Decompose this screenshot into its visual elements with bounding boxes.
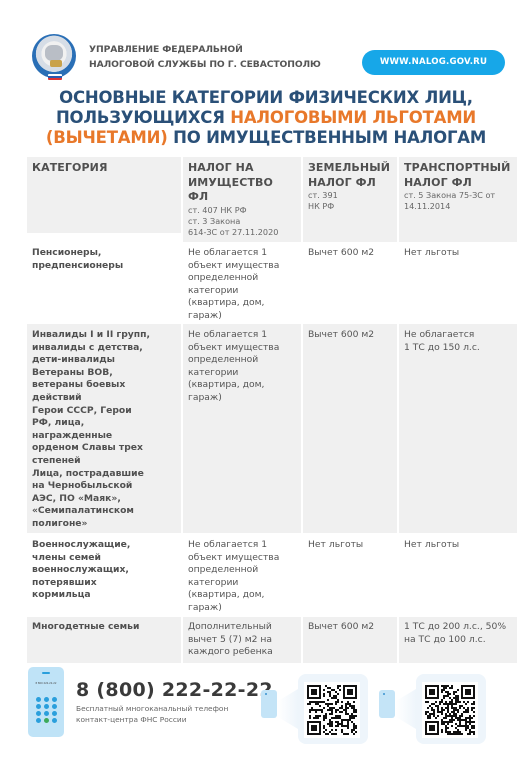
header-category: КАТЕГОРИЯ (27, 157, 181, 233)
qr-code-icon[interactable] (304, 682, 360, 738)
page-title: ОСНОВНЫЕ КАТЕГОРИИ ФИЗИЧЕСКИХ ЛИЦ, ПОЛЬЗ… (0, 88, 532, 148)
org-line-1: УПРАВЛЕНИЕ ФЕДЕРАЛЬНОЙ (89, 42, 321, 57)
title-line-2-plain: ПОЛЬЗУЮЩИХСЯ (56, 108, 230, 127)
header: УПРАВЛЕНИЕ ФЕДЕРАЛЬНОЙ НАЛОГОВОЙ СЛУЖБЫ … (0, 0, 532, 90)
table-row: Пенсионеры,предпенсионерыНе облагается 1… (27, 242, 517, 324)
cell-transport-tax: Нет льготы (399, 242, 517, 324)
header-land-tax: ЗЕМЕЛЬНЫЙ НАЛОГ ФЛ ст. 391 НК РФ (303, 157, 397, 242)
qr-card-2 (416, 674, 486, 744)
table-row: Инвалиды I и II групп,инвалиды с детства… (27, 324, 517, 533)
title-line-2-accent: НАЛОГОВЫМИ ЛЬГОТАМИ (230, 108, 476, 127)
header-property-law: ст. 407 НК РФ ст. 3 Закона 614-ЗС от 27.… (188, 205, 296, 239)
phone-screen-text: 8 800 222-22-22 (31, 682, 61, 685)
title-line-1: ОСНОВНЫЕ КАТЕГОРИИ ФИЗИЧЕСКИХ ЛИЦ, (0, 88, 532, 108)
emblem-ribbon-icon (50, 60, 62, 67)
table-header-row: КАТЕГОРИЯ НАЛОГ НА ИМУЩЕСТВО ФЛ ст. 407 … (27, 157, 517, 242)
table-row: Многодетные семьиДополнительныйвычет 5 (… (27, 617, 517, 663)
benefits-table: КАТЕГОРИЯ НАЛОГ НА ИМУЩЕСТВО ФЛ ст. 407 … (27, 157, 517, 663)
cell-land-tax: Нет льготы (303, 533, 397, 617)
cell-property-tax: Дополнительныйвычет 5 (7) м2 накаждого р… (183, 617, 301, 663)
eagle-icon (45, 45, 63, 61)
cell-land-tax: Вычет 600 м2 (303, 617, 397, 663)
title-line-3-plain: ПО ИМУЩЕСТВЕННЫМ НАЛОГАМ (168, 128, 487, 147)
cell-land-tax: Вычет 600 м2 (303, 324, 397, 533)
cell-property-tax: Не облагается 1объект имуществаопределен… (183, 242, 301, 324)
hotline-phone-number[interactable]: 8 (800) 222-22-22 (76, 679, 273, 701)
header-transport-law: ст. 5 Закона 75-ЗС от 14.11.2014 (404, 190, 512, 212)
header-property-title: НАЛОГ НА ИМУЩЕСТВО ФЛ (188, 161, 296, 205)
cell-transport-tax: 1 ТС до 200 л.с., 50%на ТС до 100 л.с. (399, 617, 517, 663)
cell-transport-tax: Нет льготы (399, 533, 517, 617)
cell-category: Многодетные семьи (27, 617, 181, 663)
header-transport-tax: ТРАНСПОРТНЫЙ НАЛОГ ФЛ ст. 5 Закона 75-ЗС… (399, 157, 517, 242)
title-line-3-accent: (ВЫЧЕТАМИ) (46, 128, 168, 147)
website-link-button[interactable]: WWW.NALOG.GOV.RU (362, 50, 505, 75)
cell-property-tax: Не облагается 1объект имуществаопределен… (183, 533, 301, 617)
flag-icon (48, 74, 62, 80)
cell-category: Инвалиды I и II групп,инвалиды с детства… (27, 324, 181, 533)
mobile-phone-icon (261, 690, 277, 718)
organization-name: УПРАВЛЕНИЕ ФЕДЕРАЛЬНОЙ НАЛОГОВОЙ СЛУЖБЫ … (89, 42, 321, 72)
cell-property-tax: Не облагается 1объект имуществаопределен… (183, 324, 301, 533)
title-line-2: ПОЛЬЗУЮЩИХСЯ НАЛОГОВЫМИ ЛЬГОТАМИ (0, 108, 532, 128)
hotline-description: Бесплатный многоканальный телефон контак… (76, 703, 228, 725)
qr-code-icon[interactable] (422, 682, 478, 738)
cell-transport-tax: Не облагается1 ТС до 150 л.с. (399, 324, 517, 533)
phone-keypad-icon: 8 800 222-22-22 (28, 667, 64, 737)
mobile-phone-icon (379, 690, 395, 718)
header-transport-title: ТРАНСПОРТНЫЙ НАЛОГ ФЛ (404, 161, 512, 190)
header-land-law: ст. 391 НК РФ (308, 190, 392, 212)
header-land-title: ЗЕМЕЛЬНЫЙ НАЛОГ ФЛ (308, 161, 392, 190)
header-property-tax: НАЛОГ НА ИМУЩЕСТВО ФЛ ст. 407 НК РФ ст. … (183, 157, 301, 242)
title-line-3: (ВЫЧЕТАМИ) ПО ИМУЩЕСТВЕННЫМ НАЛОГАМ (0, 128, 532, 148)
cell-land-tax: Вычет 600 м2 (303, 242, 397, 324)
fns-emblem-icon (32, 34, 76, 78)
org-line-2: НАЛОГОВОЙ СЛУЖБЫ ПО Г. СЕВАСТОПОЛЮ (89, 57, 321, 72)
header-category-title: КАТЕГОРИЯ (32, 161, 176, 176)
cell-category: Пенсионеры,предпенсионеры (27, 242, 181, 324)
qr-card-1 (298, 674, 368, 744)
cell-category: Военнослужащие,члены семейвоеннослужащих… (27, 533, 181, 617)
table-row: Военнослужащие,члены семейвоеннослужащих… (27, 533, 517, 617)
